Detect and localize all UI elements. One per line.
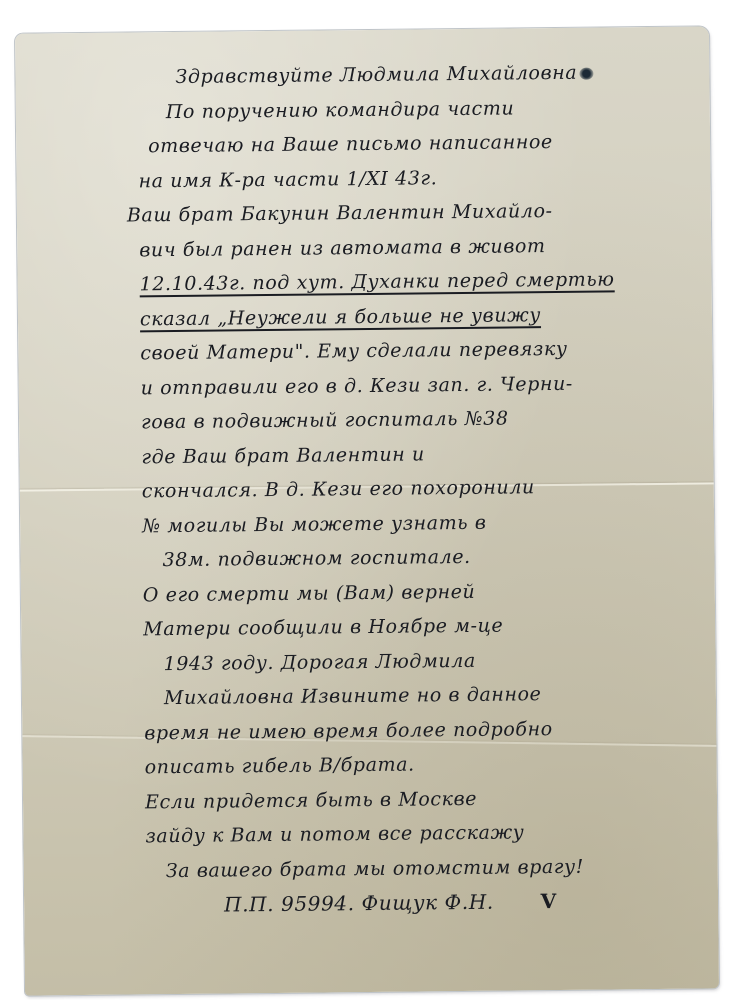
letter-line-quote: сказал „Неужели я больше не увижу <box>128 296 698 336</box>
check-mark-icon: V <box>541 884 557 918</box>
letter-paper: Здравствуйте Людмила Михайловна По поруч… <box>15 26 719 995</box>
ink-blot-icon <box>579 68 593 80</box>
signature-line: П.П. 95994. Фищук Ф.Н. V <box>134 882 704 922</box>
signature: П.П. 95994. Фищук Ф.Н. <box>224 890 494 917</box>
letter-line: Матери сообщили в Ноябре м-це <box>131 607 701 647</box>
handwritten-letter: Здравствуйте Людмила Михайловна По поруч… <box>125 55 704 923</box>
document-photo: Здравствуйте Людмила Михайловна По поруч… <box>0 0 740 1000</box>
